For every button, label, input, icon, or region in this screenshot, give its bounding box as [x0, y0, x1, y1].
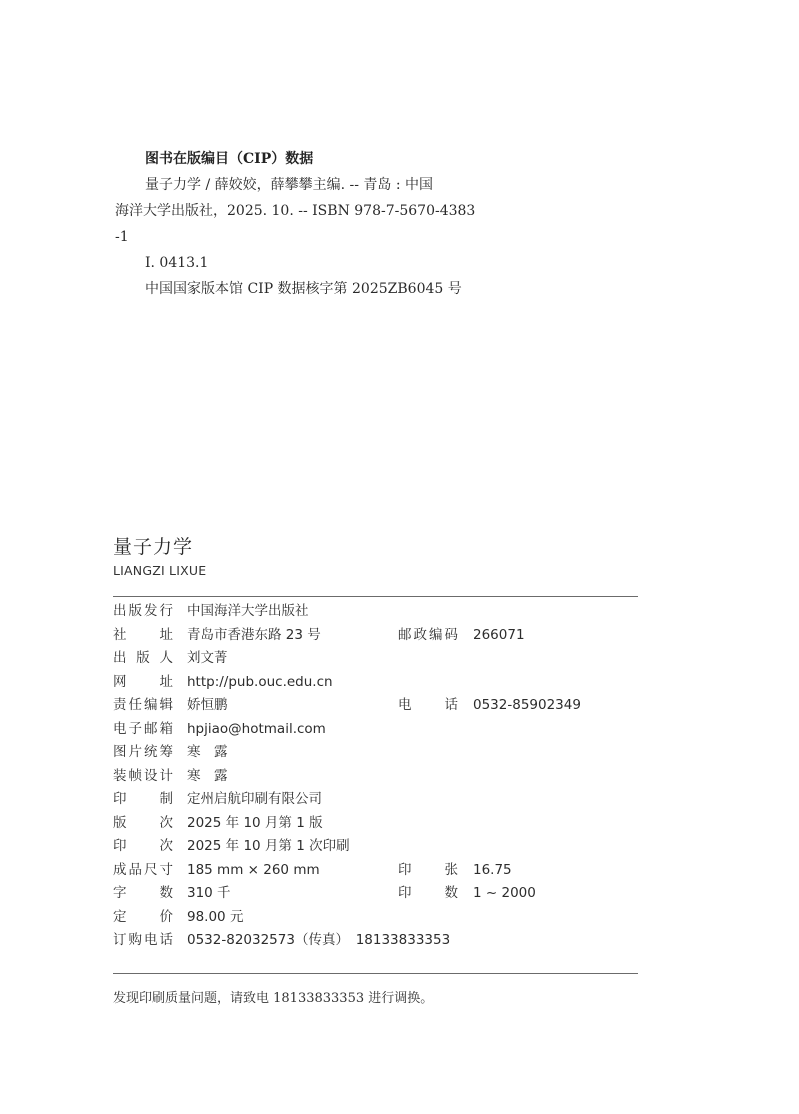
- label-char: 电: [398, 694, 412, 717]
- colophon-value: 310 千: [187, 882, 231, 905]
- label-char: 购: [129, 929, 143, 952]
- label-char: 计: [160, 765, 174, 788]
- label-char: 品: [129, 859, 143, 882]
- cip-line: -1: [115, 224, 129, 250]
- label-char: 责: [113, 694, 127, 717]
- label-char: 筹: [160, 741, 174, 764]
- label-char: 行: [160, 600, 174, 623]
- label-char: 定: [113, 906, 127, 929]
- cip-classification: Ⅰ. 0413.1: [145, 250, 208, 276]
- colophon-value: http://pub.ouc.edu.cn: [187, 671, 333, 694]
- label-char: 印: [398, 859, 412, 882]
- label-char: 电: [144, 929, 158, 952]
- label-char: 社: [113, 624, 127, 647]
- colophon-label: 版次: [113, 812, 173, 835]
- label-char: 任: [129, 694, 143, 717]
- colophon-value: hpjiao@hotmail.com: [187, 718, 326, 741]
- top-divider: [113, 596, 638, 597]
- label-char: 印: [113, 788, 127, 811]
- colophon-label: 社址: [113, 624, 173, 647]
- label-char: 数: [445, 882, 459, 905]
- label-char: 装: [113, 765, 127, 788]
- label-char: 址: [160, 671, 174, 694]
- label-char: 次: [160, 835, 174, 858]
- colophon-label: 出版人: [113, 647, 173, 670]
- label-char: 印: [398, 882, 412, 905]
- label-char: 子: [129, 718, 143, 741]
- colophon-label-secondary: 印数: [398, 882, 458, 905]
- colophon-value: 中国海洋大学出版社: [187, 600, 309, 623]
- label-char: 政: [414, 624, 428, 647]
- colophon-label-secondary: 印张: [398, 859, 458, 882]
- colophon-label-secondary: 电话: [398, 694, 458, 717]
- label-char: 箱: [160, 718, 174, 741]
- label-char: 网: [113, 671, 127, 694]
- cip-line: 量子力学 / 薛姣姣，薛攀攀主编. -- 青岛 : 中国: [145, 172, 433, 198]
- label-char: 制: [160, 788, 174, 811]
- colophon-label-secondary: 邮政编码: [398, 624, 458, 647]
- colophon-value: 定州启航印刷有限公司: [187, 788, 322, 811]
- label-char: 帧: [129, 765, 143, 788]
- colophon-value: 刘文菁: [187, 647, 228, 670]
- label-char: 成: [113, 859, 127, 882]
- print-quality-note: 发现印刷质量问题，请致电 18133833353 进行调换。: [113, 987, 433, 1006]
- label-char: 发: [144, 600, 158, 623]
- colophon-label: 出版发行: [113, 600, 173, 623]
- label-char: 版: [129, 600, 143, 623]
- colophon-label: 责任编辑: [113, 694, 173, 717]
- colophon-label: 电子邮箱: [113, 718, 173, 741]
- colophon-value-secondary: 1 ~ 2000: [473, 882, 536, 905]
- label-char: 版: [136, 647, 150, 670]
- colophon-value: 青岛市香港东路 23 号: [187, 624, 321, 647]
- colophon-value: 寒 露: [187, 765, 228, 788]
- label-char: 话: [160, 929, 174, 952]
- label-char: 字: [113, 882, 127, 905]
- colophon-value: 2025 年 10 月第 1 次印刷: [187, 835, 350, 858]
- colophon-label: 印次: [113, 835, 173, 858]
- label-char: 出: [113, 600, 127, 623]
- label-char: 设: [144, 765, 158, 788]
- cip-record-number: 中国国家版本馆 CIP 数据核字第 2025ZB6045 号: [145, 276, 462, 302]
- book-pinyin: LIANGZI LIXUE: [113, 563, 206, 578]
- label-char: 编: [144, 694, 158, 717]
- label-char: 尺: [144, 859, 158, 882]
- colophon-value: 2025 年 10 月第 1 版: [187, 812, 323, 835]
- colophon-value-secondary: 16.75: [473, 859, 512, 882]
- colophon-value: 寒 露: [187, 741, 228, 764]
- label-char: 订: [113, 929, 127, 952]
- label-char: 邮: [144, 718, 158, 741]
- colophon-label: 装帧设计: [113, 765, 173, 788]
- book-title: 量子力学: [113, 532, 193, 559]
- colophon-value: 0532-82032573（传真） 18133833353: [187, 929, 450, 952]
- colophon-value: 185 mm × 260 mm: [187, 859, 320, 882]
- label-char: 辑: [160, 694, 174, 717]
- label-char: 码: [445, 624, 459, 647]
- label-char: 数: [160, 882, 174, 905]
- label-char: 电: [113, 718, 127, 741]
- bottom-divider: [113, 973, 638, 974]
- colophon-value: 娇恒鹏: [187, 694, 228, 717]
- label-char: 片: [129, 741, 143, 764]
- colophon-label: 印制: [113, 788, 173, 811]
- colophon-label: 成品尺寸: [113, 859, 173, 882]
- label-char: 话: [445, 694, 459, 717]
- colophon-value-secondary: 266071: [473, 624, 525, 647]
- colophon-value: 98.00 元: [187, 906, 243, 929]
- label-char: 人: [160, 647, 174, 670]
- label-char: 统: [144, 741, 158, 764]
- colophon-label: 字数: [113, 882, 173, 905]
- label-char: 编: [429, 624, 443, 647]
- cip-line: 海洋大学出版社，2025. 10. -- ISBN 978-7-5670-438…: [115, 198, 475, 224]
- label-char: 邮: [398, 624, 412, 647]
- label-char: 版: [113, 812, 127, 835]
- label-char: 出: [113, 647, 127, 670]
- label-char: 印: [113, 835, 127, 858]
- label-char: 图: [113, 741, 127, 764]
- colophon-label: 订购电话: [113, 929, 173, 952]
- label-char: 次: [160, 812, 174, 835]
- label-char: 张: [445, 859, 459, 882]
- label-char: 址: [160, 624, 174, 647]
- colophon-value-secondary: 0532-85902349: [473, 694, 581, 717]
- colophon-label: 网址: [113, 671, 173, 694]
- colophon-label: 定价: [113, 906, 173, 929]
- label-char: 寸: [160, 859, 174, 882]
- cip-title: 图书在版编目（CIP）数据: [145, 146, 313, 172]
- label-char: 价: [160, 906, 174, 929]
- colophon-label: 图片统筹: [113, 741, 173, 764]
